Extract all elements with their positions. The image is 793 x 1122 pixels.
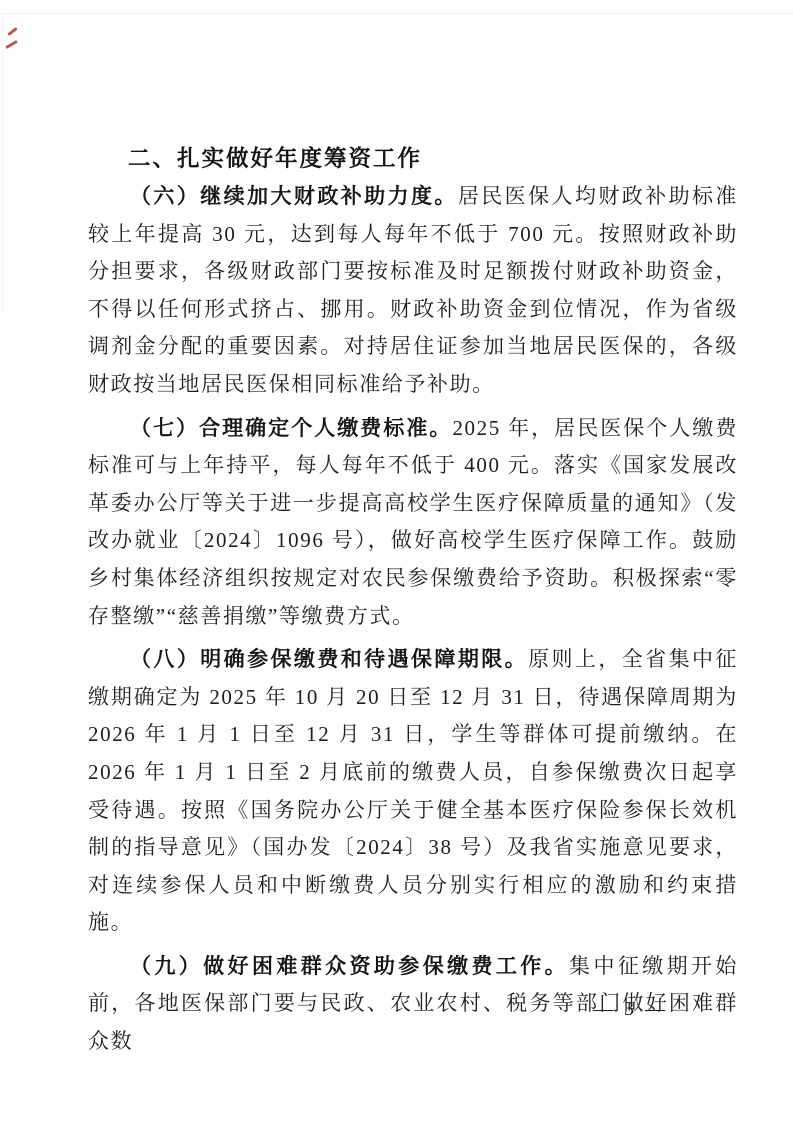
paragraph-6: （六）继续加大财政补助力度。居民医保人均财政补助标准较上年提高 30 元，达到每… <box>88 178 738 404</box>
paragraph-body: 居民医保人均财政补助标准较上年提高 30 元，达到每人每年不低于 700 元。按… <box>88 184 738 396</box>
paragraph-body: 2025 年，居民医保个人缴费标准可与上年持平，每人每年不低于 400 元。落实… <box>88 416 738 628</box>
paragraph-body: 原则上，全省集中征缴期确定为 2025 年 10 月 20 日至 12 月 31… <box>88 647 738 934</box>
scan-edge-line-top <box>0 13 793 14</box>
document-page: 二、扎实做好年度筹资工作 （六）继续加大财政补助力度。居民医保人均财政补助标准较… <box>0 0 793 1122</box>
paragraph-lead: （七）合理确定个人缴费标准。 <box>130 416 452 440</box>
red-pen-mark-icon <box>7 27 18 36</box>
paragraph-8: （八）明确参保缴费和待遇保障期限。原则上，全省集中征缴期确定为 2025 年 1… <box>88 641 738 942</box>
document-body: 二、扎实做好年度筹资工作 （六）继续加大财政补助力度。居民医保人均财政补助标准较… <box>88 140 738 1061</box>
scan-edge-line-left <box>2 13 3 313</box>
paragraph-lead: （八）明确参保缴费和待遇保障期限。 <box>130 647 528 671</box>
paragraph-lead: （九）做好困难群众资助参保缴费工作。 <box>130 954 569 978</box>
paragraph-lead: （六）继续加大财政补助力度。 <box>130 184 458 208</box>
red-pen-mark-icon <box>5 40 18 49</box>
page-number: — 3 — <box>593 998 668 1021</box>
section-heading: 二、扎实做好年度筹资工作 <box>88 140 738 178</box>
paragraph-7: （七）合理确定个人缴费标准。2025 年，居民医保个人缴费标准可与上年持平，每人… <box>88 410 738 636</box>
